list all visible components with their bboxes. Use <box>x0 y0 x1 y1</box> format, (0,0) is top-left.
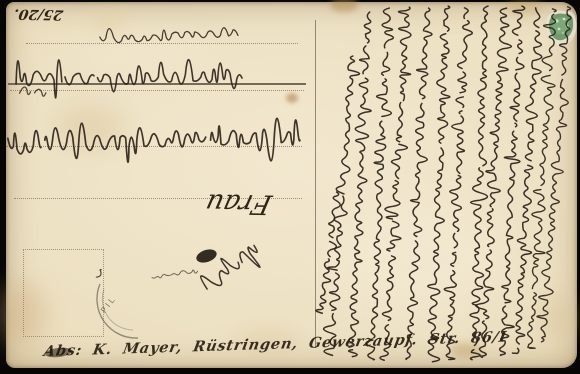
handwriting-stroke <box>8 118 301 168</box>
handwriting-stroke <box>365 8 396 360</box>
handwriting-stroke <box>402 8 436 360</box>
postcard-scan: PIL 25/20. Frau Abs: K. Mayer, Rüstringe… <box>0 0 580 374</box>
handwriting-stroke <box>16 57 243 99</box>
handwriting-stroke <box>343 12 376 357</box>
handwriting-stroke <box>440 8 474 360</box>
handwriting-stroke <box>198 236 268 303</box>
handwriting-stroke <box>425 6 455 362</box>
handwriting-strokes <box>0 0 580 374</box>
handwriting-stroke <box>376 6 416 360</box>
handwriting-stroke <box>99 22 238 44</box>
corner-date-handwriting: 25/20. <box>13 6 64 23</box>
handwriting-stroke <box>20 86 47 96</box>
handwriting-stroke <box>152 269 198 279</box>
salutation-handwriting: Frau <box>202 187 274 219</box>
handwriting-stroke <box>473 7 514 358</box>
handwriting-stroke <box>96 269 103 278</box>
